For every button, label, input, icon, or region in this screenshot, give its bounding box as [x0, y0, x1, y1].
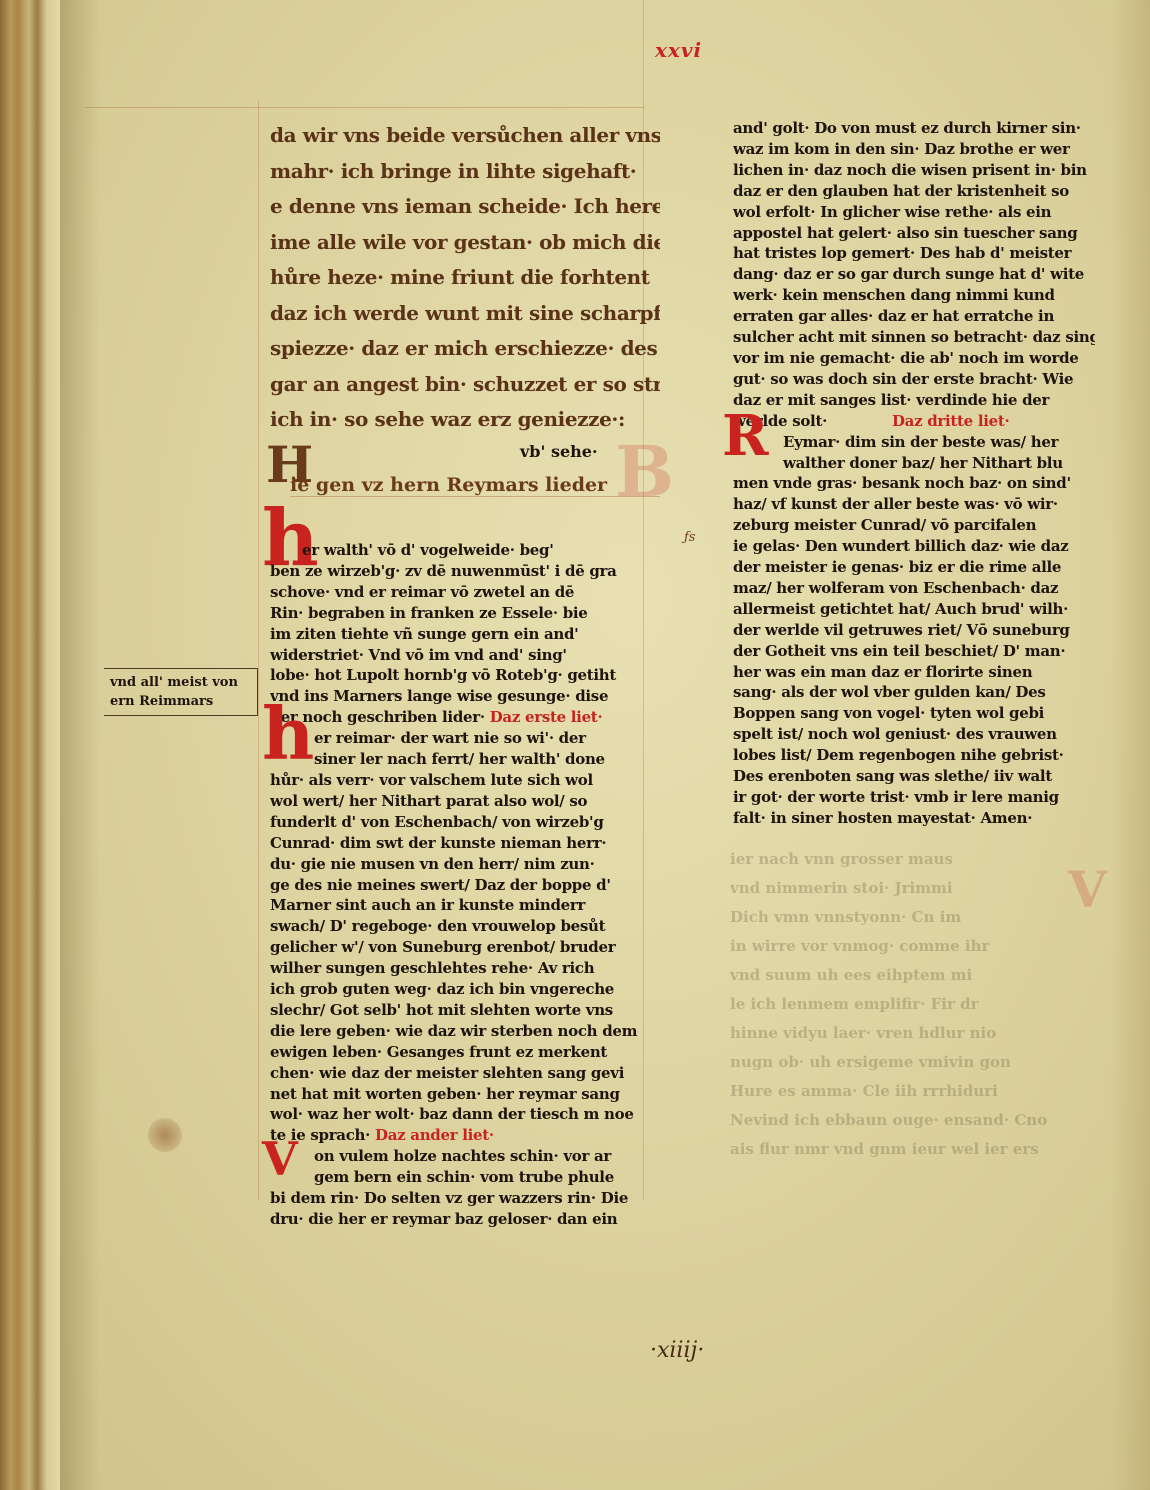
- text-line: ime alle wile vor gestan· ob mich die: [270, 225, 660, 261]
- text-line: ais flur nmr vnd gnm ieur wel ier ers: [730, 1135, 1100, 1164]
- gutter-shadow: [60, 0, 100, 1490]
- text-line: in wirre vor vnmog· comme ihr: [730, 932, 1100, 961]
- rubric-first-song: Daz erste liet·: [490, 708, 603, 726]
- text-line: da wir vns beide versůchen aller vns': [270, 118, 660, 154]
- marginal-mark: ƒs: [684, 530, 695, 545]
- text-line: Hure es amma· Cle iih rrrhiduri: [730, 1077, 1100, 1106]
- text-line: allermeist getichtet hat/ Auch brud' wil…: [733, 599, 1095, 620]
- text-line: du· gie nie musen vn den herr/ nim zun·: [270, 854, 660, 875]
- text-line: daz er mit sanges list· verdinde hie der: [733, 390, 1095, 411]
- text-line: daz er den glauben hat der kristenheit s…: [733, 181, 1095, 202]
- text-line: falt· in siner hosten mayestat· Amen·: [733, 808, 1095, 829]
- text-line: ewigen leben· Gesanges frunt ez merkent: [270, 1042, 660, 1063]
- text-line: gelicher w'/ von Suneburg erenbot/ brude…: [270, 937, 660, 958]
- ruling-line: [258, 100, 259, 1200]
- text-line: maz/ her wolferam von Eschenbach· daz: [733, 578, 1095, 599]
- section-heading: ie gen vz hern Reymars lieder: [290, 474, 660, 497]
- text-line: hůre heze· mine friunt die forhtent: [270, 260, 660, 296]
- decorated-initial-v: V: [262, 1136, 298, 1182]
- text-line: Marner sint auch an ir kunste minderr: [270, 895, 660, 916]
- text-line: her was ein man daz er florirte sinen: [733, 662, 1095, 683]
- left-column-top-text: da wir vns beide versůchen aller vns' ma…: [270, 118, 660, 438]
- text-line: ge des nie meines swert/ Daz der boppe d…: [270, 875, 660, 896]
- left-column-main-text: er walth' vō d' vogelweide· beg' ben ze …: [270, 540, 660, 1230]
- text-line: ich grob guten weg· daz ich bin vngerech…: [270, 979, 660, 1000]
- text-line: ben ze wirzeb'g· zv dē nuwenmūst' i dē g…: [270, 561, 660, 582]
- text-line: daz ich werde wunt mit sine scharpfe: [270, 296, 660, 332]
- text-line: vnd nimmerin stoi· Jrimmi: [730, 874, 1100, 903]
- text-line: nugn ob· uh ersigeme vmivin gon: [730, 1048, 1100, 1077]
- text-line: hůr· als verr· vor valschem lute sich wo…: [270, 770, 660, 791]
- text-line: werk· kein menschen dang nimmi kund: [733, 285, 1095, 306]
- show-through-initial: B: [615, 430, 674, 513]
- text-line: spelt ist/ noch wol geniust· des vrauwen: [733, 724, 1095, 745]
- folio-number: xxvi: [655, 38, 702, 62]
- text-line: lichen in· daz noch die wisen prisent in…: [733, 160, 1095, 181]
- manuscript-folio: xxvi da wir vns beide versůchen aller vn…: [0, 0, 1150, 1490]
- text-line: spiezze· daz er mich erschiezze· des ich: [270, 331, 660, 367]
- text-line: hinne vidyu laer· vren hdlur nio: [730, 1019, 1100, 1048]
- page-edge: [1110, 0, 1150, 1490]
- text-line: wilher sungen geschlehtes rehe· Av rich: [270, 958, 660, 979]
- book-binding-edge: [0, 0, 60, 1490]
- text-line: ir got· der worte trist· vmb ir lere man…: [733, 787, 1095, 808]
- text-line: gar an angest bin· schuzzet er so strich…: [270, 367, 660, 403]
- stain: [148, 1118, 182, 1152]
- text-line: walther doner baz/ her Nithart blu: [733, 453, 1095, 474]
- marginal-note-line: vnd all' meist von: [110, 673, 253, 692]
- show-through-text: ier nach vnn grosser maus vnd nimmerin s…: [730, 845, 1100, 1164]
- text-line: men vnde gras· besank noch baz· on sind': [733, 473, 1095, 494]
- text-line: Eymar· dim sin der beste was/ her: [733, 432, 1095, 453]
- text-line: dru· die her er reymar baz geloser· dan …: [270, 1209, 660, 1230]
- text-line: er reimar· der wart nie so wi'· der: [270, 728, 660, 749]
- text-line: Rin· begraben in franken ze Essele· bie: [270, 603, 660, 624]
- text-line: gem bern ein schin· vom trube phule: [270, 1167, 660, 1188]
- text-line: erraten gar alles· daz er hat erratche i…: [733, 306, 1095, 327]
- text-line: hat tristes lop gemert· Des hab d' meist…: [733, 243, 1095, 264]
- text-line: schove· vnd er reimar vō zwetel an dē: [270, 582, 660, 603]
- text-line: net hat mit worten geben· her reymar san…: [270, 1084, 660, 1105]
- text-line: bi dem rin· Do selten vz ger wazzers rin…: [270, 1188, 660, 1209]
- catchword: ·xiiij·: [650, 1338, 704, 1363]
- text-line: vnd suum uh ees eihptem mi: [730, 961, 1100, 990]
- text-line: and' golt· Do von must ez durch kirner s…: [733, 118, 1095, 139]
- text-line: haz/ vf kunst der aller beste was· vō wi…: [733, 494, 1095, 515]
- text-line: lobe· hot Lupolt hornb'g vō Roteb'g· get…: [270, 665, 660, 686]
- text-line: Dich vmn vnnstyonn· Cn im: [730, 903, 1100, 932]
- text-line: ich in· so sehe waz erz geniezze·:: [270, 402, 660, 438]
- text-line: on vulem holze nachtes schin· vor ar: [270, 1146, 660, 1167]
- text-line: e denne vns ieman scheide· Ich here: [270, 189, 660, 225]
- show-through-initial: V: [1068, 860, 1107, 919]
- text-line: gut· so was doch sin der erste bracht· W…: [733, 369, 1095, 390]
- text-line: swach/ D' regeboge· den vrouwelop besůt: [270, 916, 660, 937]
- text-line: sang· als der wol vber gulden kan/ Des: [733, 682, 1095, 703]
- text-line: Des erenboten sang was slethe/ iiv walt: [733, 766, 1095, 787]
- text-line: ie gelas· Den wundert billich daz· wie d…: [733, 536, 1095, 557]
- text-line: der werlde vil getruwes riet/ Vō sunebur…: [733, 620, 1095, 641]
- text-line: Cunrad· dim swt der kunste nieman herr·: [270, 833, 660, 854]
- text-line: wol erfolt· In glicher wise rethe· als e…: [733, 202, 1095, 223]
- text-line: im ziten tiehte vñ sunge gern ein and': [270, 624, 660, 645]
- text-line: der Gotheit vns ein teil beschiet/ D' ma…: [733, 641, 1095, 662]
- text-line: werlde solt· Daz dritte liet·: [733, 411, 1095, 432]
- text-line: chen· wie daz der meister slehten sang g…: [270, 1063, 660, 1084]
- text-line: wol· waz her wolt· baz dann der tiesch m…: [270, 1104, 660, 1125]
- marginal-note-line: ern Reimmars: [110, 692, 253, 711]
- text-line: zeburg meister Cunrad/ vō parcifalen: [733, 515, 1095, 536]
- text-line: appostel hat gelert· also sin tuescher s…: [733, 223, 1095, 244]
- text-line: dang· daz er so gar durch sunge hat d' w…: [733, 264, 1095, 285]
- text-line: Nevind ich ebbaun ouge· ensand· Cno: [730, 1106, 1100, 1135]
- text-line: te ie sprach· Daz ander liet·: [270, 1125, 660, 1146]
- text-line: er walth' vō d' vogelweide· beg': [270, 540, 660, 561]
- right-column-text: and' golt· Do von must ez durch kirner s…: [733, 118, 1095, 829]
- rubric-third-song: Daz dritte liet·: [892, 412, 1009, 430]
- text-line: funderlt d' von Eschenbach/ von wirzeb'g: [270, 812, 660, 833]
- ruling-line: [85, 107, 645, 108]
- text-line: her noch geschriben lider· Daz erste lie…: [270, 707, 660, 728]
- text-line: lobes list/ Dem regenbogen nihe gebrist·: [733, 745, 1095, 766]
- interlinear-correction: vb' sehe·: [520, 442, 598, 461]
- text-line: sulcher acht mit sinnen so betracht· daz…: [733, 327, 1095, 348]
- text-line: vnd ins Marners lange wise gesunge· dise: [270, 686, 660, 707]
- text-line: mahr· ich bringe in lihte sigehaft·: [270, 154, 660, 190]
- marginal-note: vnd all' meist von ern Reimmars: [104, 668, 258, 716]
- text-line: siner ler nach ferrt/ her walth' done: [270, 749, 660, 770]
- text-line: slechr/ Got selb' hot mit slehten worte …: [270, 1000, 660, 1021]
- text-line: ier nach vnn grosser maus: [730, 845, 1100, 874]
- decorated-initial-h: h: [262, 698, 314, 770]
- text-line: widerstriet· Vnd vō im vnd and' sing': [270, 645, 660, 666]
- text-line: vor im nie gemacht· die ab' noch im word…: [733, 348, 1095, 369]
- text-line: wol wert/ her Nithart parat also wol/ so: [270, 791, 660, 812]
- text-line: der meister ie genas· biz er die rime al…: [733, 557, 1095, 578]
- text-line: waz im kom in den sin· Daz brothe er wer: [733, 139, 1095, 160]
- text-line: die lere geben· wie daz wir sterben noch…: [270, 1021, 660, 1042]
- rubric-second-song: Daz ander liet·: [375, 1126, 494, 1144]
- decorated-initial-r: R: [722, 408, 769, 464]
- text-line: le ich lenmem emplifir· Fir dr: [730, 990, 1100, 1019]
- text-line: Boppen sang von vogel· tyten wol gebi: [733, 703, 1095, 724]
